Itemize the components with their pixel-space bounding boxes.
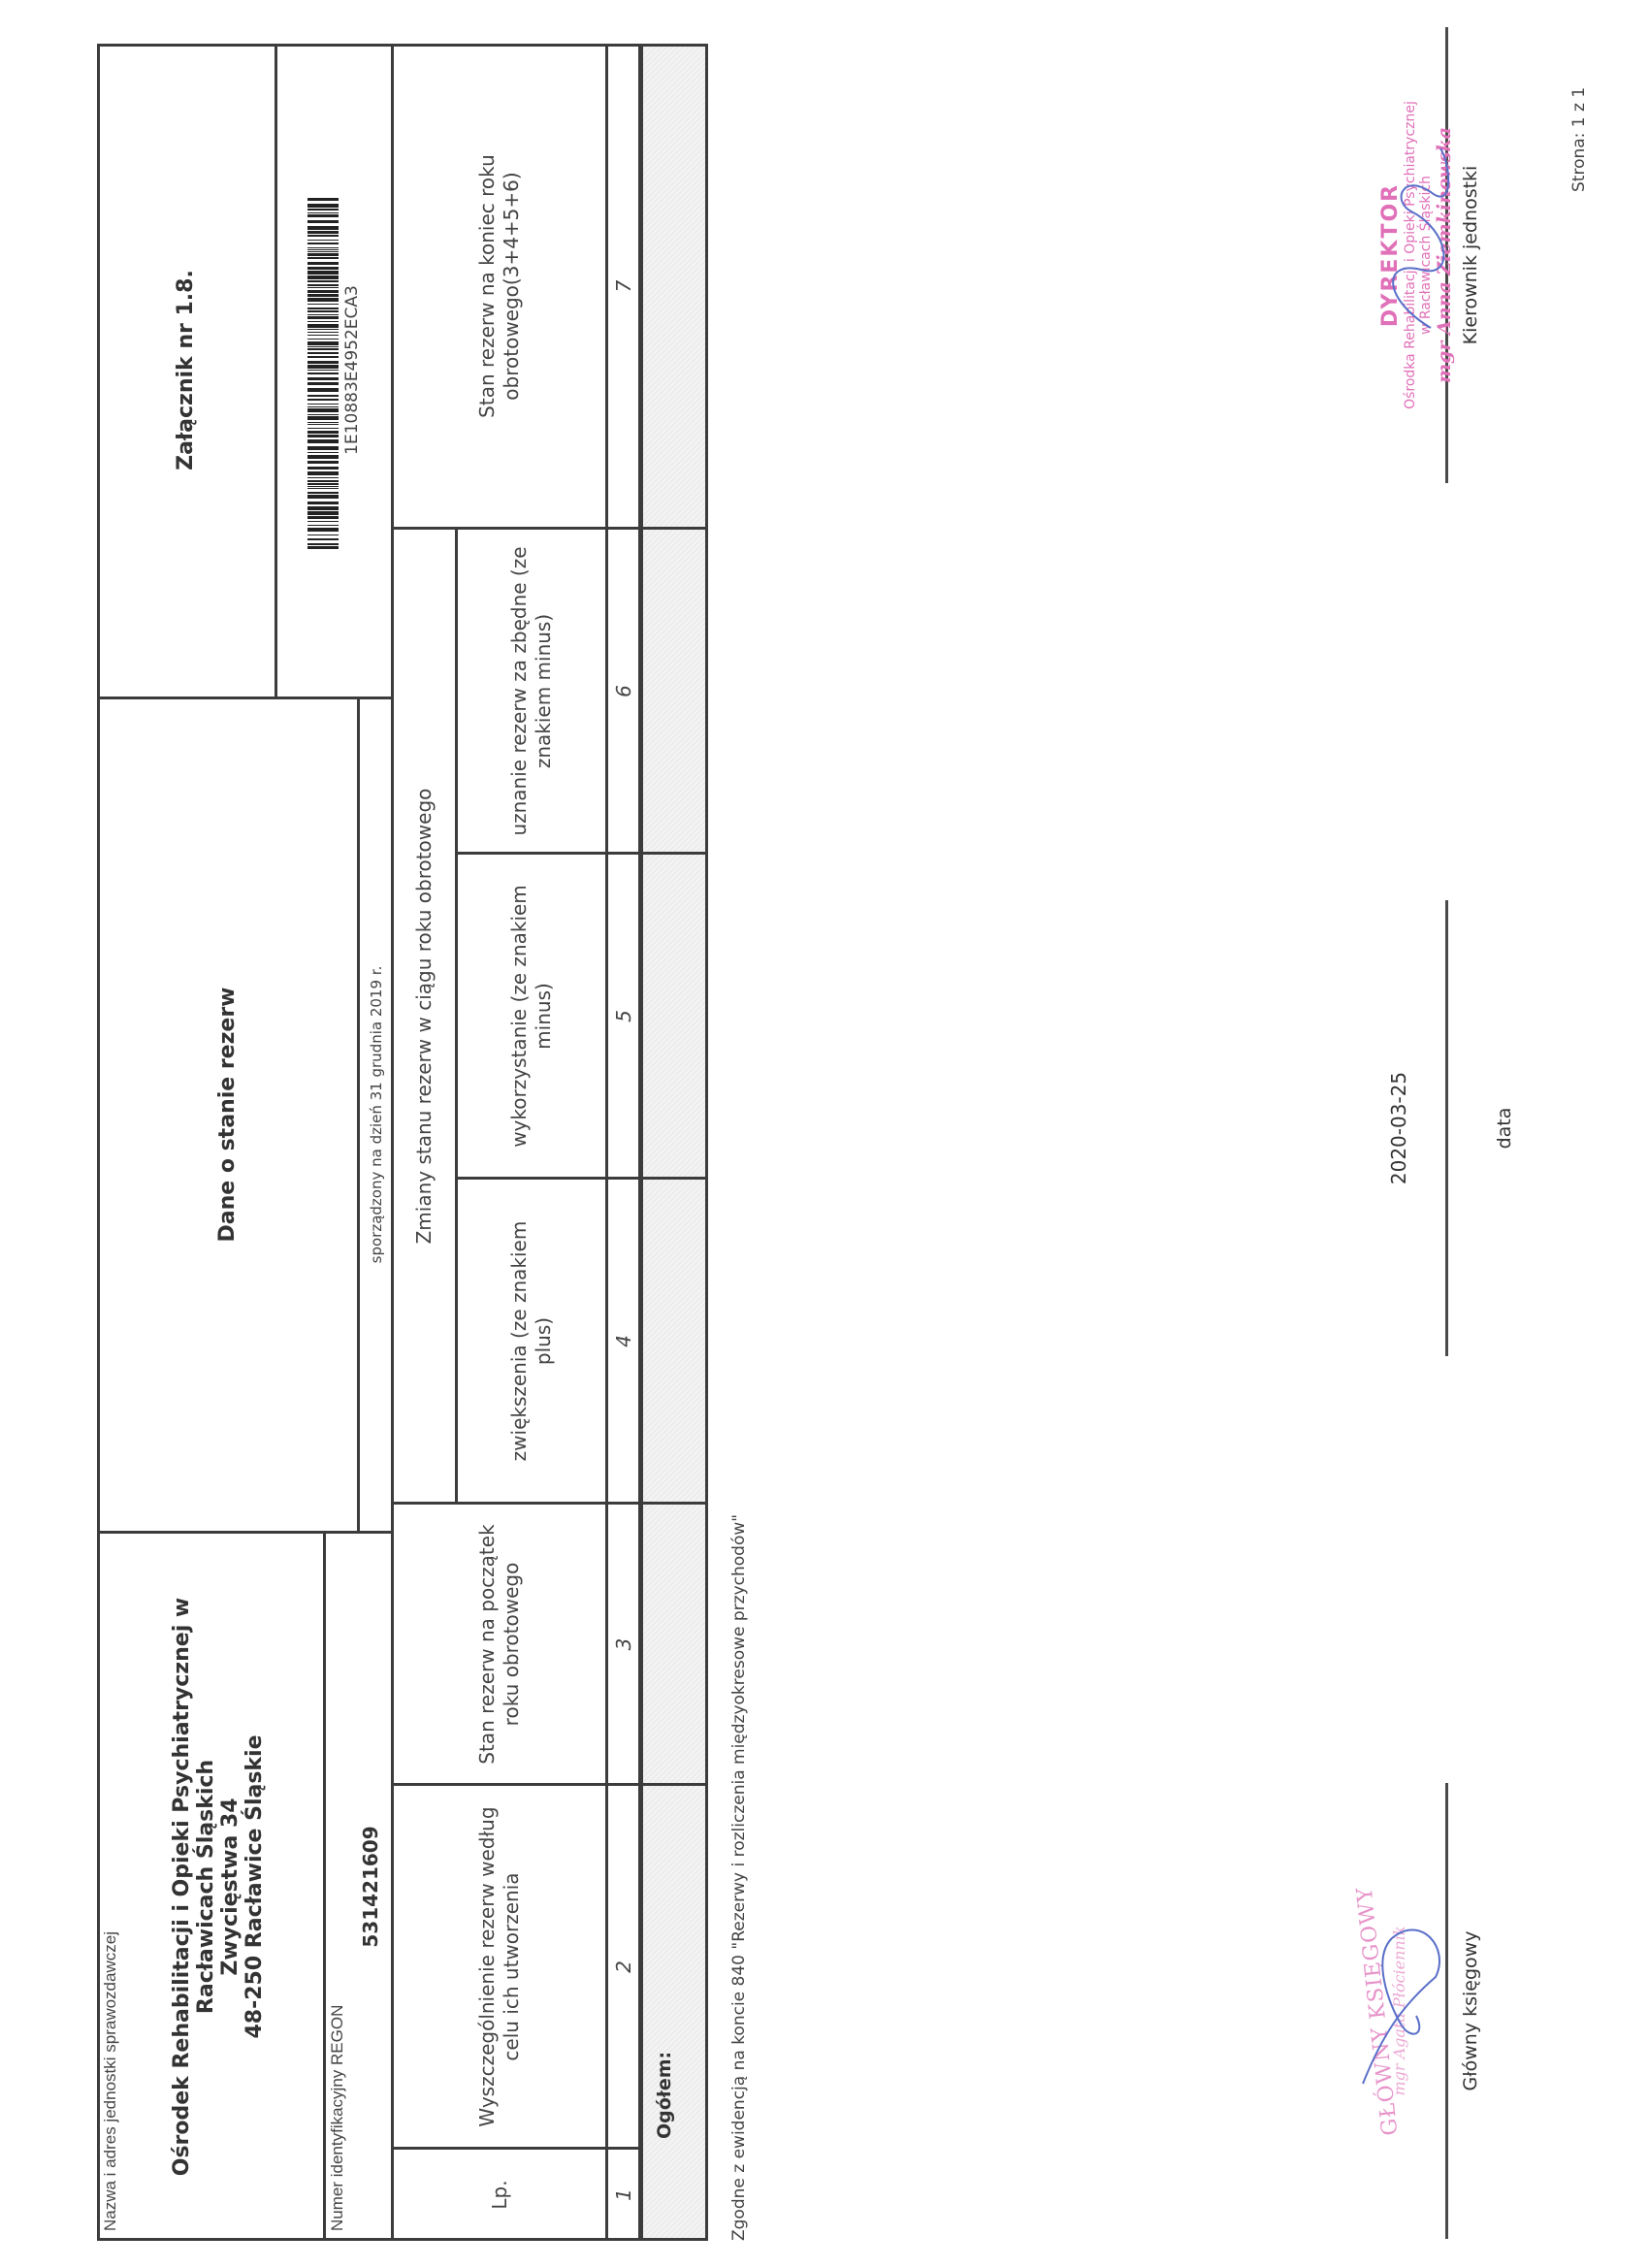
report-title: Dane o stanie rezerw [97,698,357,1531]
column-number: 4 [606,1179,640,1504]
column-number: 7 [606,44,640,529]
barcode: 1E10883E4952ECA3 [277,44,392,697]
signature-role-date: data [1494,900,1515,1356]
signature-chief-accountant: GŁÓWNY KSIĘGOWY mgr Agata Płóciennik [1334,1783,1440,2239]
column-number: 2 [606,1785,640,2149]
page-number: Strona: 1 z 1 [1569,87,1589,192]
barcode-icon [307,191,339,550]
document-page: Nazwa i adres jednostki sprawozdawczej O… [0,0,1649,2268]
column-header: Wyszczególnienie rezerw według celu ich … [393,1791,606,2143]
column-header: Stan rezerw na koniec roku obrotowego(3+… [393,49,606,523]
unit-name: Ośrodek Rehabilitacji i Opieki Psychiatr… [116,1533,320,2241]
column-header: zwiększenia (ze znakiem plus) [456,1184,606,1498]
signature-role-chief-accountant: Główny księgowy [1460,1783,1481,2239]
total-label: Ogółem: [654,2052,675,2139]
column-header: wykorzystanie (ze znakiem minus) [456,859,606,1173]
signature-scribble-icon [1343,1899,1450,2093]
ledger-note: Zgodne z ewidencją na koncie 840 "Rezerw… [729,1514,749,2241]
column-number: 6 [606,529,640,854]
regon-label: Numer identyfikacyjny REGON [328,2005,347,2231]
signature-role-director: Kierownik jednostki [1460,27,1481,483]
prepared-date: sporządzony na dzień 31 grudnia 2019 r. [360,698,392,1531]
regon-value: 531421609 [349,1533,392,2241]
column-number: 3 [606,1504,640,1785]
column-number: 5 [606,854,640,1179]
group-header: Zmiany stanu rezerw w ciągu roku obrotow… [393,529,456,1504]
signature-scribble-icon [1373,144,1460,338]
column-number: 1 [606,2149,640,2241]
total-row [643,47,705,2238]
column-header: Stan rezerw na początek roku obrotowego [393,1509,606,1779]
column-header: Lp. [393,2155,606,2235]
column-header: uznanie rezerw za zbędne (ze znakiem min… [456,535,606,848]
attachment-title: Załącznik nr 1.8. [97,44,275,697]
signature-date-value: 2020-03-25 [1387,900,1410,1356]
